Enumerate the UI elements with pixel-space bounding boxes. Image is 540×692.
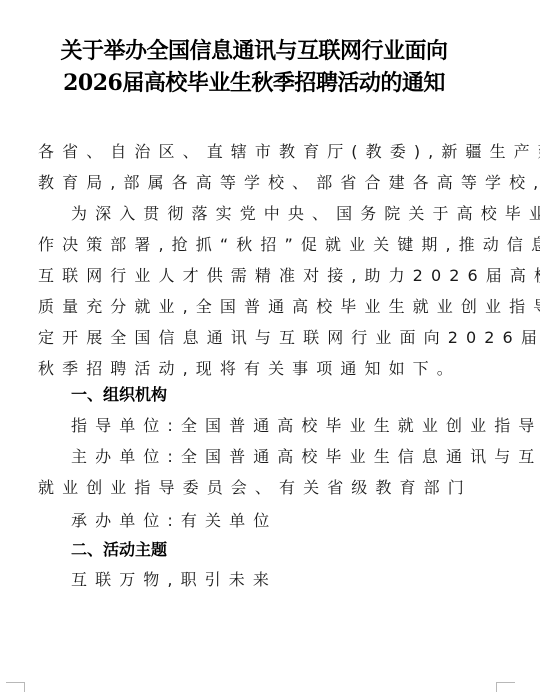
page-corner-mark-right bbox=[496, 682, 515, 692]
section-line-host-unit-cont: 就业创业指导委员会、有关省级教育部门 bbox=[38, 479, 472, 497]
salutation-line-2: 教育局,部属各高等学校、部省合建各高等学校,有关单位: bbox=[38, 174, 540, 192]
document-page: 关于举办全国信息通讯与互联网行业面向 2026届高校毕业生秋季招聘活动的通知 各… bbox=[0, 0, 540, 692]
section-line-organizer-unit: 承办单位:有关单位 bbox=[71, 512, 277, 530]
salutation-line-1: 各省、自治区、直辖市教育厅(教委),新疆生产建设兵团 bbox=[38, 143, 540, 161]
intro-paragraph-line: 定开展全国信息通讯与互联网行业面向2026届高校毕业生 bbox=[38, 329, 540, 347]
section-line-theme: 互联万物,职引未来 bbox=[71, 571, 277, 589]
intro-paragraph-line: 互联网行业人才供需精准对接,助力2026届高校毕业生高 bbox=[38, 267, 540, 285]
section-line-guiding-unit: 指导单位:全国普通高校毕业生就业创业指导委员会 bbox=[71, 417, 540, 435]
intro-paragraph-line: 秋季招聘活动,现将有关事项通知如下。 bbox=[38, 360, 461, 378]
intro-paragraph-line: 质量充分就业,全国普通高校毕业生就业创业指导委员会决 bbox=[38, 298, 540, 316]
intro-paragraph-line: 作决策部署,抢抓“秋招”促就业关键期,推动信息通讯与 bbox=[38, 236, 540, 254]
section-heading-theme: 二、活动主题 bbox=[71, 541, 167, 559]
intro-paragraph-line: 为深入贯彻落实党中央、国务院关于高校毕业生就业工 bbox=[71, 205, 540, 223]
section-heading-organization: 一、组织机构 bbox=[71, 386, 167, 404]
document-title-line-1: 关于举办全国信息通讯与互联网行业面向 bbox=[0, 39, 508, 63]
page-corner-mark-left bbox=[6, 682, 25, 692]
document-title-line-2: 2026届高校毕业生秋季招聘活动的通知 bbox=[0, 71, 508, 95]
section-line-host-unit: 主办单位:全国普通高校毕业生信息通讯与互联网行业 bbox=[71, 448, 540, 466]
